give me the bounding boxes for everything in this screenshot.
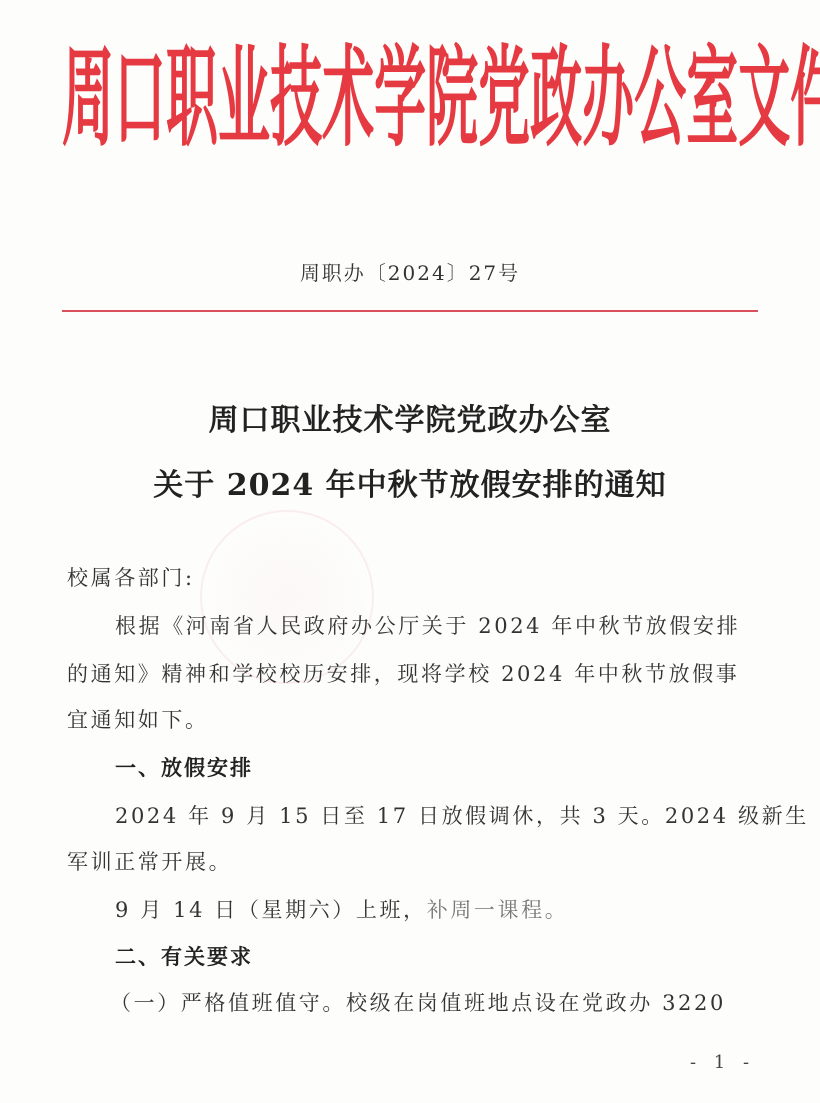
header-char: 党: [478, 45, 530, 154]
paragraph-line: 军训正常开展。: [67, 847, 757, 877]
notice-title-line2: 关于 2024 年中秋节放假安排的通知: [0, 460, 820, 504]
header-char: 职: [166, 45, 218, 154]
paragraph-line: 的通知》精神和学校校历安排，现将学校 2024 年中秋节放假事: [67, 659, 757, 689]
paragraph-line: 9 月 14 日（星期六）上班，补周一课程。: [115, 895, 805, 925]
header-char: 周: [62, 45, 114, 154]
section-heading-2: 二、有关要求: [115, 942, 805, 972]
header-char: 件: [790, 45, 820, 154]
header-char: 室: [686, 45, 738, 154]
salutation: 校属各部门:: [67, 563, 757, 593]
paragraph-line: 宜通知如下。: [67, 705, 757, 735]
header-char: 公: [634, 45, 686, 154]
notice-title-line1: 周口职业技术学院党政办公室: [0, 395, 820, 439]
issuer-header-title: 周 口 职 业 技 术 学 院 党 政 办 公 室 文 件: [62, 40, 758, 160]
paragraph-line: 根据《河南省人民政府办公厅关于 2024 年中秋节放假安排: [115, 611, 805, 641]
page-number: - 1 -: [690, 1052, 755, 1073]
header-char: 政: [530, 45, 582, 154]
faded-seal-stamp: [200, 510, 374, 684]
red-divider-line: [62, 310, 758, 312]
makeup-class-text: 补周一课程。: [427, 898, 569, 922]
workday-text: 9 月 14 日（星期六）上班，: [115, 898, 427, 922]
header-char: 文: [738, 45, 790, 154]
header-char: 口: [114, 45, 166, 154]
header-char: 技: [270, 45, 322, 154]
paragraph-line: （一）严格值班值守。校级在岗值班地点设在党政办 3220: [110, 988, 800, 1018]
section-heading-1: 一、放假安排: [115, 753, 805, 783]
header-char: 院: [426, 45, 478, 154]
header-char: 学: [374, 45, 426, 154]
header-char: 办: [582, 45, 634, 154]
header-char: 业: [218, 45, 270, 154]
paragraph-line: 2024 年 9 月 15 日至 17 日放假调休，共 3 天。2024 级新生: [115, 801, 805, 831]
header-char: 术: [322, 45, 374, 154]
document-number: 周职办〔2024〕27号: [0, 257, 820, 286]
